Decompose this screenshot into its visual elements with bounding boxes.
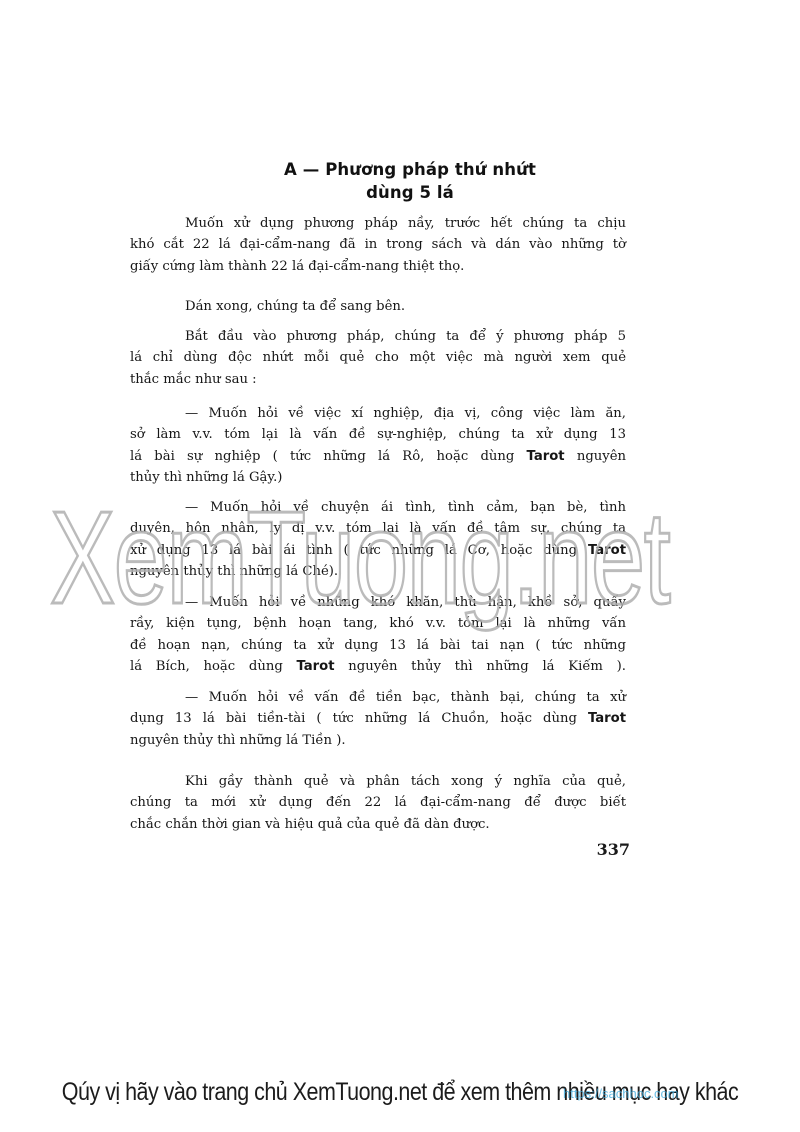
text-line: dụng 13 lá bài tiền-tài ( tức những lá C… <box>130 708 626 729</box>
text-line: Muốn xử dụng phương pháp nầy, trước hết … <box>130 213 626 234</box>
paragraph-set-aside: Dán xong, chúng ta để sang bên. <box>130 296 626 317</box>
text-line: Khi gầy thành quẻ và phân tách xong ý ng… <box>130 771 626 792</box>
text-line: sở làm v.v. tóm lại là vấn đề sự-nghiệp,… <box>130 424 626 445</box>
text-line: — Muốn hỏi về vấn đề tiền bạc, thành bại… <box>130 687 626 708</box>
tarot-term: Tarot <box>588 711 626 726</box>
paragraph-money: — Muốn hỏi về vấn đề tiền bạc, thành bại… <box>130 687 626 751</box>
text-line: đề hoạn nạn, chúng ta xử dụng 13 lá bài … <box>130 635 626 656</box>
text-line: nguyên thủy thì những lá Ché). <box>130 561 626 582</box>
tarot-term: Tarot <box>296 659 334 674</box>
section-subheading: dùng 5 lá <box>180 183 640 202</box>
text-line: duyên, hôn nhân, ly dị v.v. tóm lại là v… <box>130 518 626 539</box>
text-line: khó cắt 22 lá đại-cẩm-nang đã in trong s… <box>130 234 626 255</box>
text-line: chúng ta mới xử dụng đến 22 lá đại-cẩm-n… <box>130 792 626 813</box>
text-line: giấy cứng làm thành 22 lá đại-cẩm-nang t… <box>130 256 626 277</box>
section-heading: A — Phương pháp thứ nhứt <box>180 160 640 179</box>
text-line: chắc chắn thời gian và hiệu quả của quẻ … <box>130 814 626 835</box>
text-line: lá chỉ dùng độc nhứt mỗi quẻ cho một việ… <box>130 347 626 368</box>
text-line: — Muốn hỏi về chuyện ái tình, tình cảm, … <box>130 497 626 518</box>
paragraph-love: — Muốn hỏi về chuyện ái tình, tình cảm, … <box>130 497 626 582</box>
text-line: lá Bích, hoặc dùng Tarot nguyên thủy thì… <box>130 656 626 677</box>
text-line: lá bài sự nghiệp ( tức những lá Rô, hoặc… <box>130 446 626 467</box>
footer-overlay-link[interactable]: https://sachhoc.com <box>563 1086 679 1101</box>
text-line: thủy thì những lá Gậy.) <box>130 467 626 488</box>
text-line: Bắt đầu vào phương pháp, chúng ta để ý p… <box>130 326 626 347</box>
tarot-term: Tarot <box>588 543 626 558</box>
text-line: Dán xong, chúng ta để sang bên. <box>130 296 626 317</box>
text-line: — Muốn hỏi về những khó khăn, thù hận, k… <box>130 592 626 613</box>
paragraph-career: — Muốn hỏi về việc xí nghiệp, địa vị, cô… <box>130 403 626 488</box>
book-page: A — Phương pháp thứ nhứt dùng 5 lá Muốn … <box>0 0 800 1132</box>
paragraph-method-start: Bắt đầu vào phương pháp, chúng ta để ý p… <box>130 326 626 390</box>
text-line: nguyên thủy thì những lá Tiền ). <box>130 730 626 751</box>
text-line: xử dụng 13 lá bài ái tình ( tức những lá… <box>130 540 626 561</box>
paragraph-conclusion: Khi gầy thành quẻ và phân tách xong ý ng… <box>130 771 626 835</box>
text-line: thắc mắc như sau : <box>130 369 626 390</box>
text-line: rầy, kiện tụng, bệnh hoạn tang, khó v.v.… <box>130 613 626 634</box>
paragraph-intro: Muốn xử dụng phương pháp nầy, trước hết … <box>130 213 626 277</box>
page-number: 337 <box>590 840 630 859</box>
tarot-term: Tarot <box>527 449 565 464</box>
text-line: — Muốn hỏi về việc xí nghiệp, địa vị, cô… <box>130 403 626 424</box>
paragraph-hardship: — Muốn hỏi về những khó khăn, thù hận, k… <box>130 592 626 677</box>
